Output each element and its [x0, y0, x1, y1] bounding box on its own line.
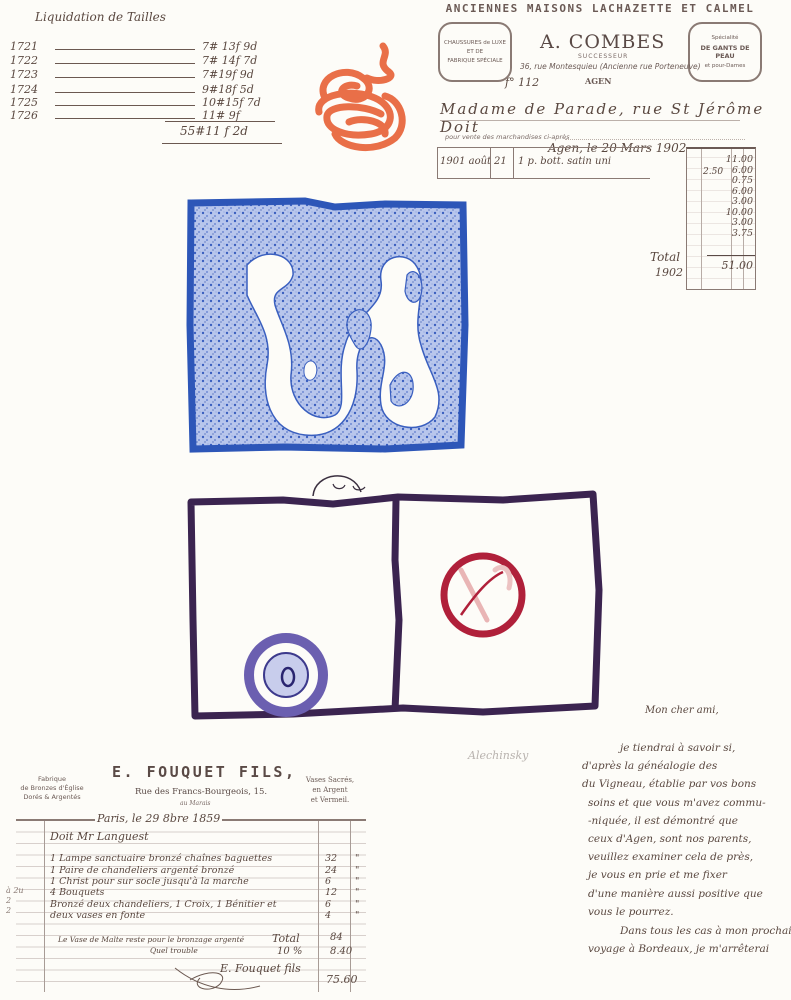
letter-line: veuillez examiner cela de près,	[588, 851, 753, 863]
ledger-year: 1721	[10, 40, 38, 53]
item-cents: "	[355, 865, 359, 876]
invoice-margin-note: à 2u 2 2	[6, 886, 24, 916]
margin-note-line: 2	[6, 906, 24, 916]
invoice-date: Paris, le 29 8bre 1859	[95, 812, 222, 825]
invoice-merchant-name: A. COMBES	[540, 31, 665, 53]
invoice-sales-line: pour vente des marchandises ci-après	[445, 133, 570, 141]
ledger-row: 172611# 9f	[10, 109, 280, 125]
item-amount: 6	[325, 876, 331, 887]
invoice-total: 51.00	[722, 259, 754, 272]
head-bump-icon	[313, 476, 361, 496]
item-amount: 12	[325, 887, 337, 898]
invoice-line-item: 1901 août 21 1 p. bott. satin uni	[437, 147, 650, 179]
cartouche-text: CHAUSSURES de LUXE	[440, 40, 510, 46]
invoice-discount-label: 10 %	[277, 946, 302, 957]
invoice-city: AGEN	[585, 76, 611, 86]
invoice-recipient: Doit Mr Languest	[50, 830, 149, 843]
item-cents: "	[355, 899, 359, 910]
invoice-rule	[565, 139, 745, 140]
letter-line: je vous en prie et me fixer	[588, 869, 727, 881]
letter-line: -niquée, il est démontré que	[588, 815, 738, 827]
item-amount: 6	[325, 899, 331, 910]
ledger-amount: 7#19f 9d	[202, 68, 254, 81]
line-item-day: 21	[494, 156, 507, 167]
right-block-line: et Vermeil.	[295, 795, 365, 805]
right-block-line: en Argent	[295, 785, 365, 795]
ledger-amount: 7# 13f 9d	[202, 40, 257, 53]
letter-line: ceux d'Agen, sont nos parents,	[588, 833, 751, 845]
item-description: 1 Christ pour sur socle jusqu'à la march…	[50, 876, 249, 887]
ledger-total: 55#11 f 2d	[180, 124, 248, 138]
amount-value: 3.00	[726, 197, 753, 208]
invoice-rule	[440, 120, 740, 121]
ledger-rule	[165, 121, 275, 122]
invoice-client: Madame de Parade, rue St Jérôme Doit	[440, 100, 791, 136]
orange-scribble-mark	[305, 38, 425, 158]
invoice-cartouche-right: Spécialité DE GANTS DE PEAU et pour-Dame…	[688, 22, 762, 82]
ledger-year: 1723	[10, 68, 38, 81]
left-block-line: Dorés & Argentés	[12, 793, 92, 802]
invoice-cartouche-left: CHAUSSURES de LUXE ET DE FABRIQUE SPÉCIA…	[438, 22, 512, 82]
ledger-year: 1722	[10, 54, 38, 67]
invoice-house-name: ANCIENNES MAISONS LACHAZETTE ET CALMEL	[430, 2, 770, 15]
ledger-amount: 7# 14f 7d	[202, 54, 257, 67]
ledger-year: 1724	[10, 83, 38, 96]
letter-line: du Vigneau, établie par vos bons	[582, 778, 756, 790]
invoice-discount: 8.40	[330, 946, 352, 957]
invoice-address: Rue des Francs-Bourgeois, 15.	[135, 787, 267, 797]
invoice-quarter: au Marais	[180, 800, 211, 807]
item-description: deux vases en fonte	[50, 910, 145, 921]
amount-list: 11.006.000.756.003.0010.003.003.75	[726, 155, 753, 239]
letter-line: je tiendrai à savoir si,	[620, 742, 735, 754]
invoice-total-label: Total	[650, 250, 680, 264]
amount-value: 0.75	[726, 176, 753, 187]
margin-note-line: à 2u	[6, 886, 24, 896]
ledger-row: 17237#19f 9d	[10, 68, 280, 84]
line-item-description: 1 p. bott. satin uni	[518, 156, 611, 167]
invoice-right-block: Vases Sacrés, en Argent et Vermeil.	[295, 775, 365, 805]
ledger-title: Liquidation de Tailles	[35, 10, 166, 24]
cartouche-text: ET DE	[440, 49, 510, 55]
pencil-signature: Alechinsky	[468, 749, 528, 762]
amount-value: 3.75	[726, 229, 753, 240]
amount-value: 3.00	[726, 218, 753, 229]
item-description: 1 Paire de chandeliers argenté bronzé	[50, 865, 234, 876]
letter-line: voyage à Bordeaux, je m'arrêterai	[588, 943, 769, 955]
invoice-successor: SUCCESSEUR	[578, 53, 628, 60]
cartouche-text: FABRIQUE SPÉCIALE	[440, 58, 510, 64]
ledger-rule	[162, 143, 282, 144]
ledger-amount: 9#18f 5d	[202, 83, 254, 96]
invoice-total-year: 1902	[655, 266, 683, 279]
item-cents: "	[355, 853, 359, 864]
cartouche-text: Spécialité	[690, 35, 760, 41]
letter-line: Dans tous les cas à mon prochain	[620, 925, 791, 937]
right-block-line: Vases Sacrés,	[295, 775, 365, 785]
invoice-note: Quel trouble	[150, 946, 198, 955]
item-amount: 32	[325, 853, 337, 864]
invoice-total-label: Total	[272, 932, 300, 945]
letter-line: d'une manière aussi positive que	[588, 888, 763, 900]
item-cents: "	[355, 887, 359, 898]
invoice-amount-column: 2.50 11.006.000.756.003.0010.003.003.75 …	[686, 147, 756, 290]
item-description: Bronzé deux chandeliers, 1 Croix, 1 Béni…	[50, 899, 277, 910]
invoice-total: 84	[330, 932, 343, 943]
item-description: 4 Bouquets	[50, 887, 104, 898]
invoice-signature: E. Fouquet fils	[220, 962, 301, 975]
red-cross-circle	[444, 556, 522, 634]
ledger-amount: 10#15f 7d	[202, 96, 261, 109]
invoice-left-block: Fabrique de Bronzes d'Église Dorés & Arg…	[12, 775, 92, 802]
blue-etching-panel	[185, 195, 470, 460]
letter-salutation: Mon cher ami,	[645, 705, 719, 716]
invoice-address: 36, rue Montesquieu (Ancienne rue Porten…	[520, 62, 701, 71]
margin-note-line: 2	[6, 896, 24, 906]
line-item-date: 1901 août	[440, 156, 491, 167]
letter-line: d'après la généalogie des	[582, 760, 717, 772]
invoice-note: Le Vase de Malte reste pour le bronzage …	[58, 935, 244, 944]
item-description: 1 Lampe sanctuaire bronzé chaînes baguet…	[50, 853, 272, 864]
item-cents: "	[355, 876, 359, 887]
item-amount: 4	[325, 910, 331, 921]
invoice-merchant-name: E. FOUQUET FILS,	[112, 763, 297, 781]
invoice-net-total: 75.60	[326, 973, 358, 986]
letter-line: soins et que vous m'avez commu-	[588, 797, 766, 809]
cartouche-text: DE GANTS DE PEAU	[690, 44, 760, 60]
letter-line: vous le pourrez.	[588, 906, 674, 918]
left-block-line: Fabrique	[12, 775, 92, 784]
left-block-line: de Bronzes d'Église	[12, 784, 92, 793]
item-cents: "	[355, 910, 359, 921]
unit-price: 2.50	[703, 167, 723, 177]
invoice-folio: f° 112	[505, 76, 539, 89]
ledger-year: 1726	[10, 109, 38, 122]
item-amount: 24	[325, 865, 337, 876]
purple-double-frame	[183, 470, 628, 725]
amount-value: 11.00	[726, 155, 753, 166]
ledger-year: 1725	[10, 96, 38, 109]
